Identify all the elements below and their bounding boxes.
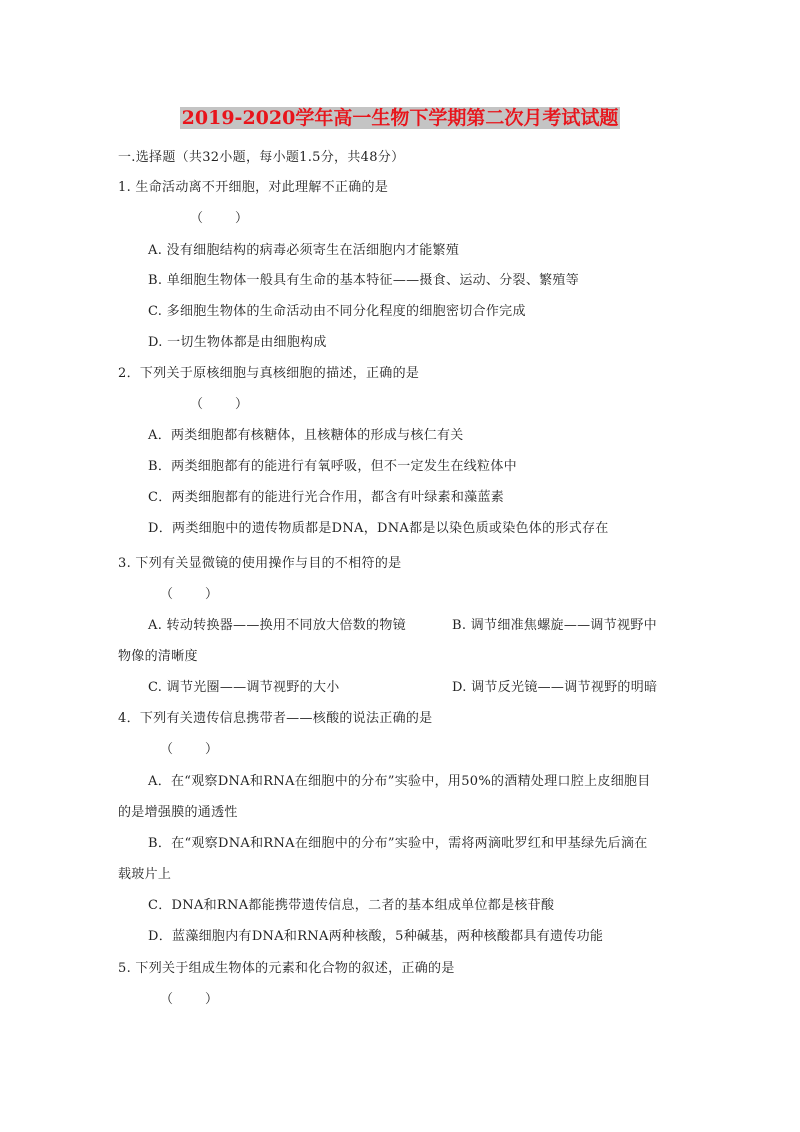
question-4-option-b-continued: 载玻片上 xyxy=(118,867,171,883)
question-2-stem: 2．下列关于原核细胞与真核细胞的描述，正确的是 xyxy=(118,366,419,382)
question-4-stem: 4．下列有关遗传信息携带者——核酸的说法正确的是 xyxy=(118,711,432,727)
question-1-option-c: C. 多细胞生物体的生命活动由不同分化程度的细胞密切合作完成 xyxy=(148,304,526,320)
question-1-option-d: D. 一切生物体都是由细胞构成 xyxy=(148,335,327,351)
question-3-option-b-continued: 物像的清晰度 xyxy=(118,649,198,665)
section-heading: 一.选择题（共32小题，每小题1.5分，共48分） xyxy=(118,150,404,166)
question-3-option-b: B. 调节细准焦螺旋——调节视野中 xyxy=(452,618,657,634)
question-2-option-d: D．两类细胞中的遗传物质都是DNA，DNA都是以染色质或染色体的形式存在 xyxy=(148,521,609,537)
question-4-option-a-continued: 的是增强膜的通透性 xyxy=(118,805,238,821)
question-2-option-b: B．两类细胞都有的能进行有氧呼吸，但不一定发生在线粒体中 xyxy=(148,459,517,475)
question-4-option-d: D．蓝藻细胞内有DNA和RNA两种核酸，5种碱基，两种核酸都具有遗传功能 xyxy=(148,929,603,945)
question-3-stem: 3. 下列有关显微镜的使用操作与目的不相符的是 xyxy=(118,556,401,572)
question-5-stem: 5. 下列关于组成生物体的元素和化合物的叙述，正确的是 xyxy=(118,961,455,977)
question-3-option-a: A. 转动转换器——换用不同放大倍数的物镜 xyxy=(148,618,406,634)
question-4-option-b: B．在“观察DNA和RNA在细胞中的分布”实验中，需将两滴吡罗红和甲基绿先后滴在 xyxy=(148,836,648,852)
question-1-answer-blank: （） xyxy=(190,211,248,227)
question-1-option-a: A. 没有细胞结构的病毒必须寄生在活细胞内才能繁殖 xyxy=(148,243,459,259)
question-4-option-a: A．在“观察DNA和RNA在细胞中的分布”实验中，用50%的酒精处理口腔上皮细胞… xyxy=(148,774,651,790)
question-1-stem: 1. 生命活动离不开细胞，对此理解不正确的是 xyxy=(118,180,388,196)
exam-title-text: 2019-2020学年高一生物下学期第二次月考试试题 xyxy=(180,107,621,129)
exam-title: 2019-2020学年高一生物下学期第二次月考试试题 xyxy=(0,106,800,130)
question-1-option-b: B. 单细胞生物体一般具有生命的基本特征——摄食、运动、分裂、繁殖等 xyxy=(148,273,579,289)
exam-page: 2019-2020学年高一生物下学期第二次月考试试题 一.选择题（共32小题，每… xyxy=(0,0,800,1132)
question-4-option-c: C．DNA和RNA都能携带遗传信息，二者的基本组成单位都是核苷酸 xyxy=(148,898,554,914)
question-2-option-c: C．两类细胞都有的能进行光合作用，都含有叶绿素和藻蓝素 xyxy=(148,490,504,506)
question-3-option-d: D. 调节反光镜——调节视野的明暗 xyxy=(452,680,657,696)
question-3-answer-blank: （） xyxy=(160,587,218,603)
question-2-option-a: A．两类细胞都有核糖体，且核糖体的形成与核仁有关 xyxy=(148,428,464,444)
question-3-option-c: C. 调节光圈——调节视野的大小 xyxy=(148,680,340,696)
question-4-answer-blank: （） xyxy=(160,742,218,758)
question-2-answer-blank: （） xyxy=(190,397,248,413)
question-5-answer-blank: （） xyxy=(160,992,218,1008)
